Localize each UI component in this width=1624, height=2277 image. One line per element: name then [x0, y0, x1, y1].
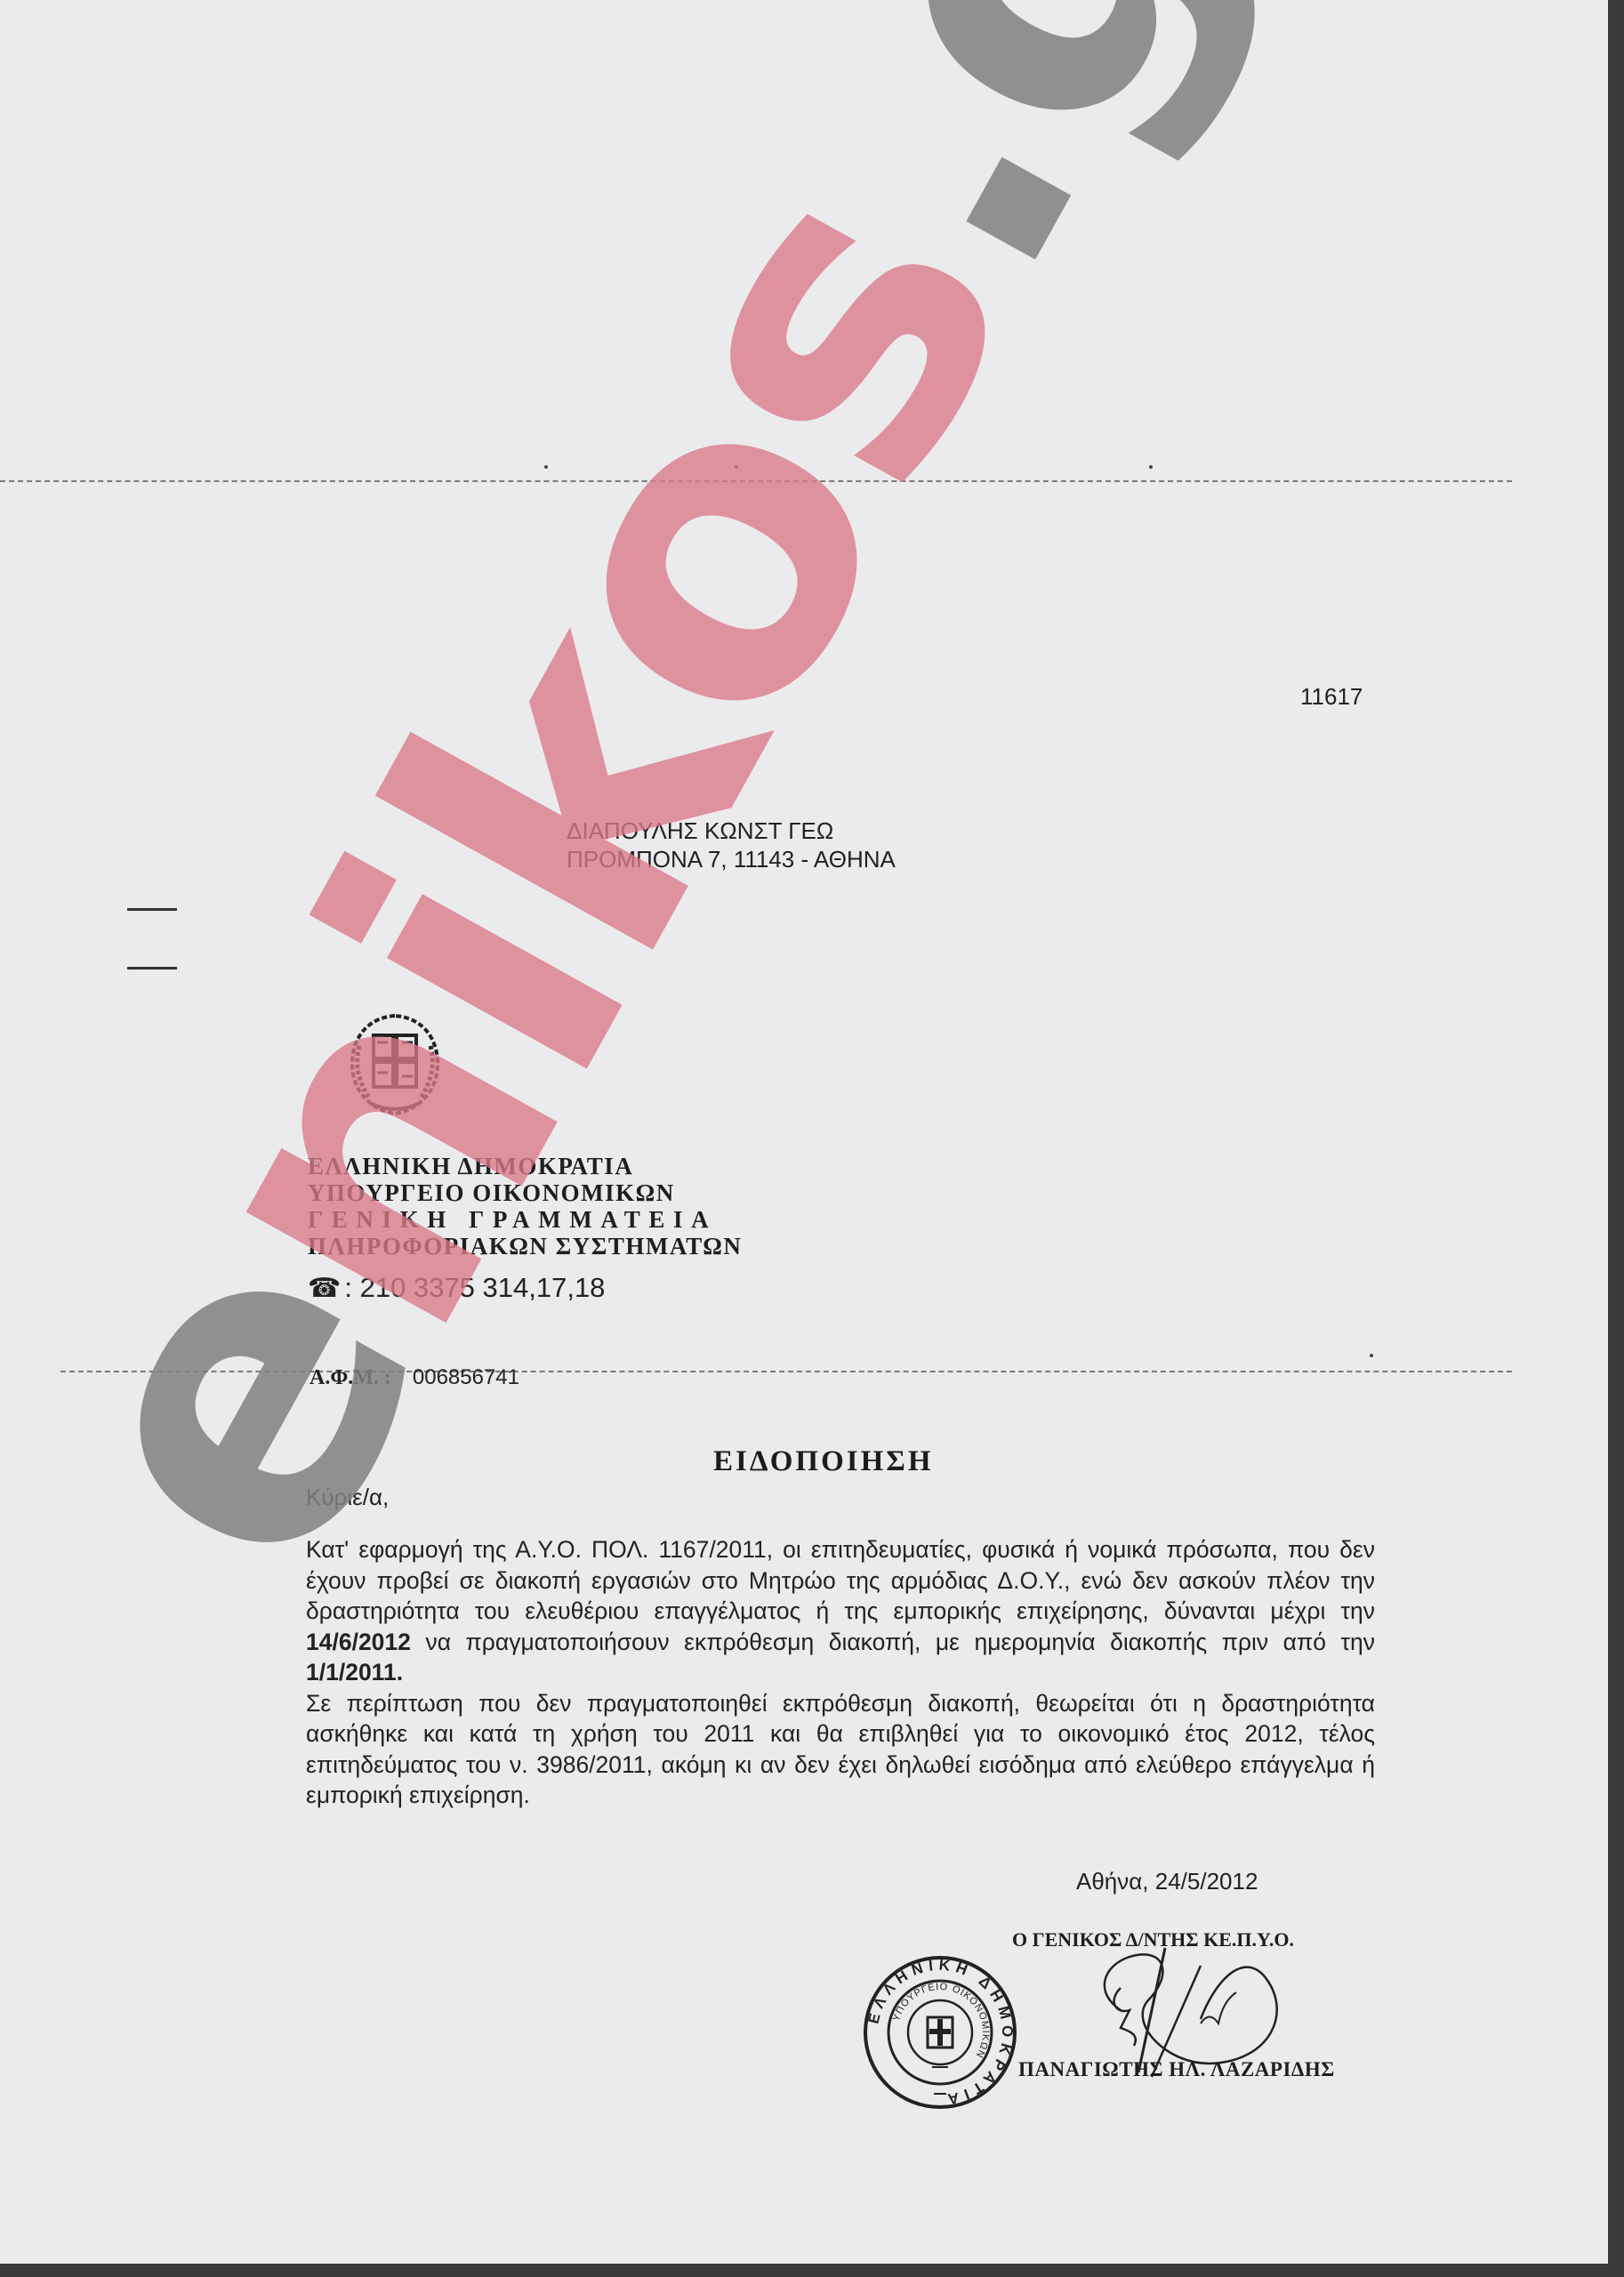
issuer-line-secretariat: ΓΕΝΙΚΗ ΓΡΑΜΜΑΤΕΙΑ: [308, 1206, 742, 1233]
scan-dot: [544, 465, 548, 469]
cutoff-date: 1/1/2011.: [306, 1659, 403, 1686]
phone-line: ☎: 210 3375 314,17,18: [308, 1272, 605, 1304]
scan-dot: [735, 465, 738, 469]
recipient-address: ΠΡΟΜΠΟΝΑ 7, 11143 - ΑΘΗΝΑ: [567, 845, 896, 873]
document-title: ΕΙΔΟΠΟΙΗΣΗ: [713, 1445, 934, 1478]
watermark-part-gr: .gr: [676, 0, 1413, 345]
notice-paragraph-2: Σε περίπτωση που δεν πραγματοποιηθεί εκπ…: [306, 1688, 1375, 1811]
telephone-icon: ☎: [308, 1274, 341, 1303]
recipient-block: ΔΙΑΠΟΥΛΗΣ ΚΩΝΣΤ ΓΕΩ ΠΡΟΜΠΟΝΑ 7, 11143 - …: [567, 817, 896, 873]
notice-body: Κατ' εφαρμογή της Α.Υ.Ο. ΠΟΛ. 1167/2011,…: [306, 1534, 1375, 1811]
signer-name: ΠΑΝΑΓΙΩΤΗΣ ΗΛ. ΛΑΖΑΡΙΔΗΣ: [1018, 2058, 1335, 2081]
deadline-date: 14/6/2012: [306, 1629, 411, 1655]
fold-line-middle: [60, 1371, 1512, 1372]
issuer-line-systems: ΠΛΗΡΟΦΟΡΙΑΚΩΝ ΣΥΣΤΗΜΑΤΩΝ: [308, 1233, 742, 1259]
tax-id-value: 006856741: [413, 1365, 519, 1389]
scan-dot: [1149, 465, 1153, 469]
tax-id-line: Α.Φ.Μ. :006856741: [310, 1365, 519, 1390]
recipient-name: ΔΙΑΠΟΥΛΗΣ ΚΩΝΣΤ ΓΕΩ: [567, 817, 896, 845]
reference-number: 11617: [1300, 683, 1363, 711]
margin-mark: [127, 967, 177, 970]
enikos-watermark: enikos.gr: [0, 0, 1383, 1627]
fold-line-top: [0, 480, 1512, 482]
official-seal-stamp: ΕΛΛΗΝΙΚΗ ΔΗΜΟΚΡΑΤΙΑ ΥΠΟΥΡΓΕΙΟ ΟΙΚΟΝΟΜΙΚΩ…: [861, 1953, 1019, 2112]
salutation: Κύριε/α,: [306, 1484, 389, 1511]
greek-coat-of-arms-icon: [343, 1010, 446, 1119]
issue-date: Αθήνα, 24/5/2012: [1076, 1868, 1258, 1895]
notice-paragraph-1: Κατ' εφαρμογή της Α.Υ.Ο. ΠΟΛ. 1167/2011,…: [306, 1534, 1375, 1688]
scan-dot: [1370, 1354, 1373, 1357]
scanned-document-page: 11617 ΔΙΑΠΟΥΛΗΣ ΚΩΝΣΤ ΓΕΩ ΠΡΟΜΠΟΝΑ 7, 11…: [0, 0, 1608, 2264]
margin-mark: [127, 908, 177, 911]
issuer-header: ΕΛΛΗΝΙΚΗ ΔΗΜΟΚΡΑΤΙΑ ΥΠΟΥΡΓΕΙΟ ΟΙΚΟΝΟΜΙΚΩ…: [308, 1153, 742, 1259]
phone-number: : 210 3375 314,17,18: [344, 1272, 605, 1303]
tax-id-label: Α.Φ.Μ. :: [310, 1366, 391, 1389]
issuer-line-republic: ΕΛΛΗΝΙΚΗ ΔΗΜΟΚΡΑΤΙΑ: [308, 1153, 742, 1179]
issuer-line-ministry: ΥΠΟΥΡΓΕΙΟ ΟΙΚΟΝΟΜΙΚΩΝ: [308, 1179, 742, 1206]
